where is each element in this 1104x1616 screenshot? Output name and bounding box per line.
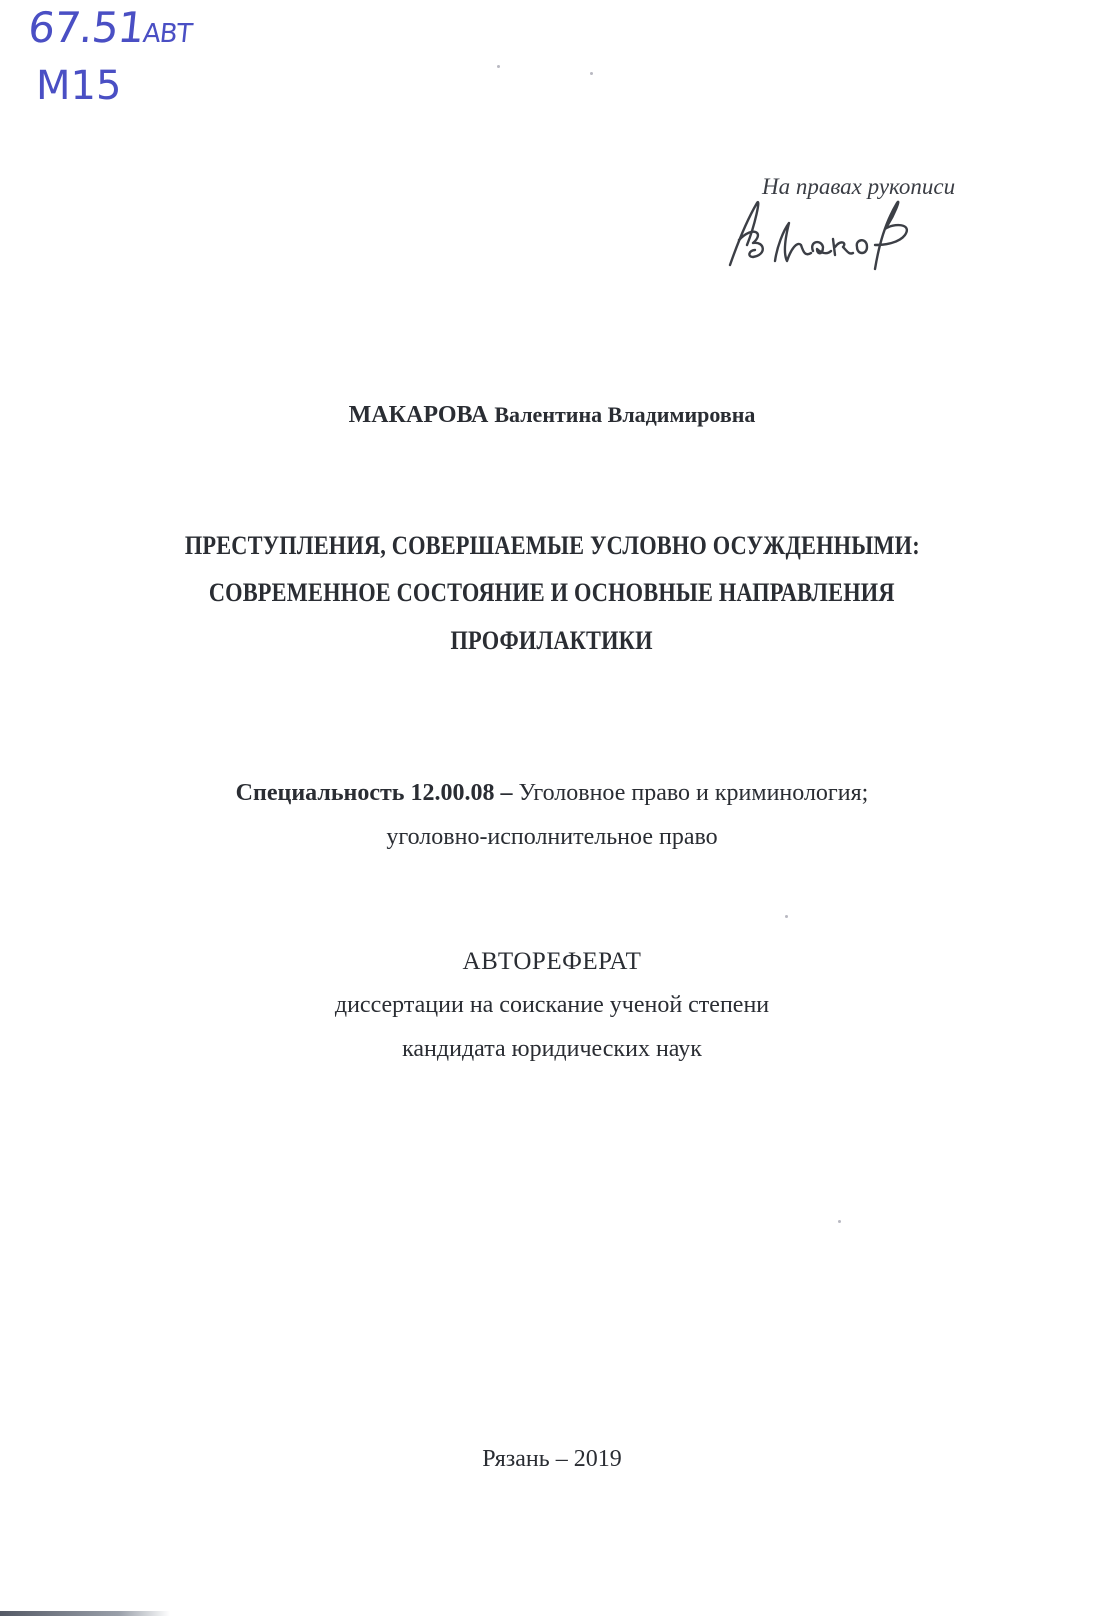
specialty-line-1: Специальность 12.00.08 – Уголовное право… (0, 780, 1104, 807)
handwritten-catalog-number: 67.51АВТ (25, 6, 194, 56)
catalog-suffix: АВТ (141, 19, 193, 49)
title-line-1: ПРЕСТУПЛЕНИЯ, СОВЕРШАЕМЫЕ УСЛОВНО ОСУЖДЕ… (0, 531, 1104, 561)
scan-speck (590, 72, 593, 75)
author-name: МАКАРОВА Валентина Владимировна (0, 402, 1104, 429)
scan-edge-strip (0, 1611, 170, 1616)
title-line-3: ПРОФИЛАКТИКИ (0, 626, 1104, 656)
document-type-heading: АВТОРЕФЕРАТ (0, 948, 1104, 976)
author-surname: МАКАРОВА (349, 402, 489, 428)
title-line-2: СОВРЕМЕННОЕ СОСТОЯНИЕ И ОСНОВНЫЕ НАПРАВЛ… (0, 578, 1104, 608)
specialty-label: Специальность 12.00.08 – (236, 780, 513, 806)
title-text: ПРОФИЛАКТИКИ (451, 626, 653, 656)
specialty-line-2: уголовно-исполнительное право (0, 824, 1104, 851)
specialty-name: Уголовное право и криминология; (518, 780, 868, 806)
signature-icon (725, 195, 955, 275)
degree-line-2: кандидата юридических наук (0, 1036, 1104, 1063)
title-text: СОВРЕМЕННОЕ СОСТОЯНИЕ И ОСНОВНЫЕ НАПРАВЛ… (209, 578, 895, 608)
scan-speck (497, 65, 500, 68)
handwritten-index: М15 (36, 66, 121, 106)
scan-speck (838, 1220, 841, 1223)
signature-image (725, 195, 955, 280)
degree-line-1: диссертации на соискание ученой степени (0, 992, 1104, 1019)
scan-speck (785, 915, 788, 918)
title-text: ПРЕСТУПЛЕНИЯ, СОВЕРШАЕМЫЕ УСЛОВНО ОСУЖДЕ… (184, 531, 919, 561)
city-year: Рязань – 2019 (0, 1446, 1104, 1473)
author-given-names: Валентина Владимировна (494, 402, 755, 427)
catalog-number: 67.51 (26, 3, 146, 52)
